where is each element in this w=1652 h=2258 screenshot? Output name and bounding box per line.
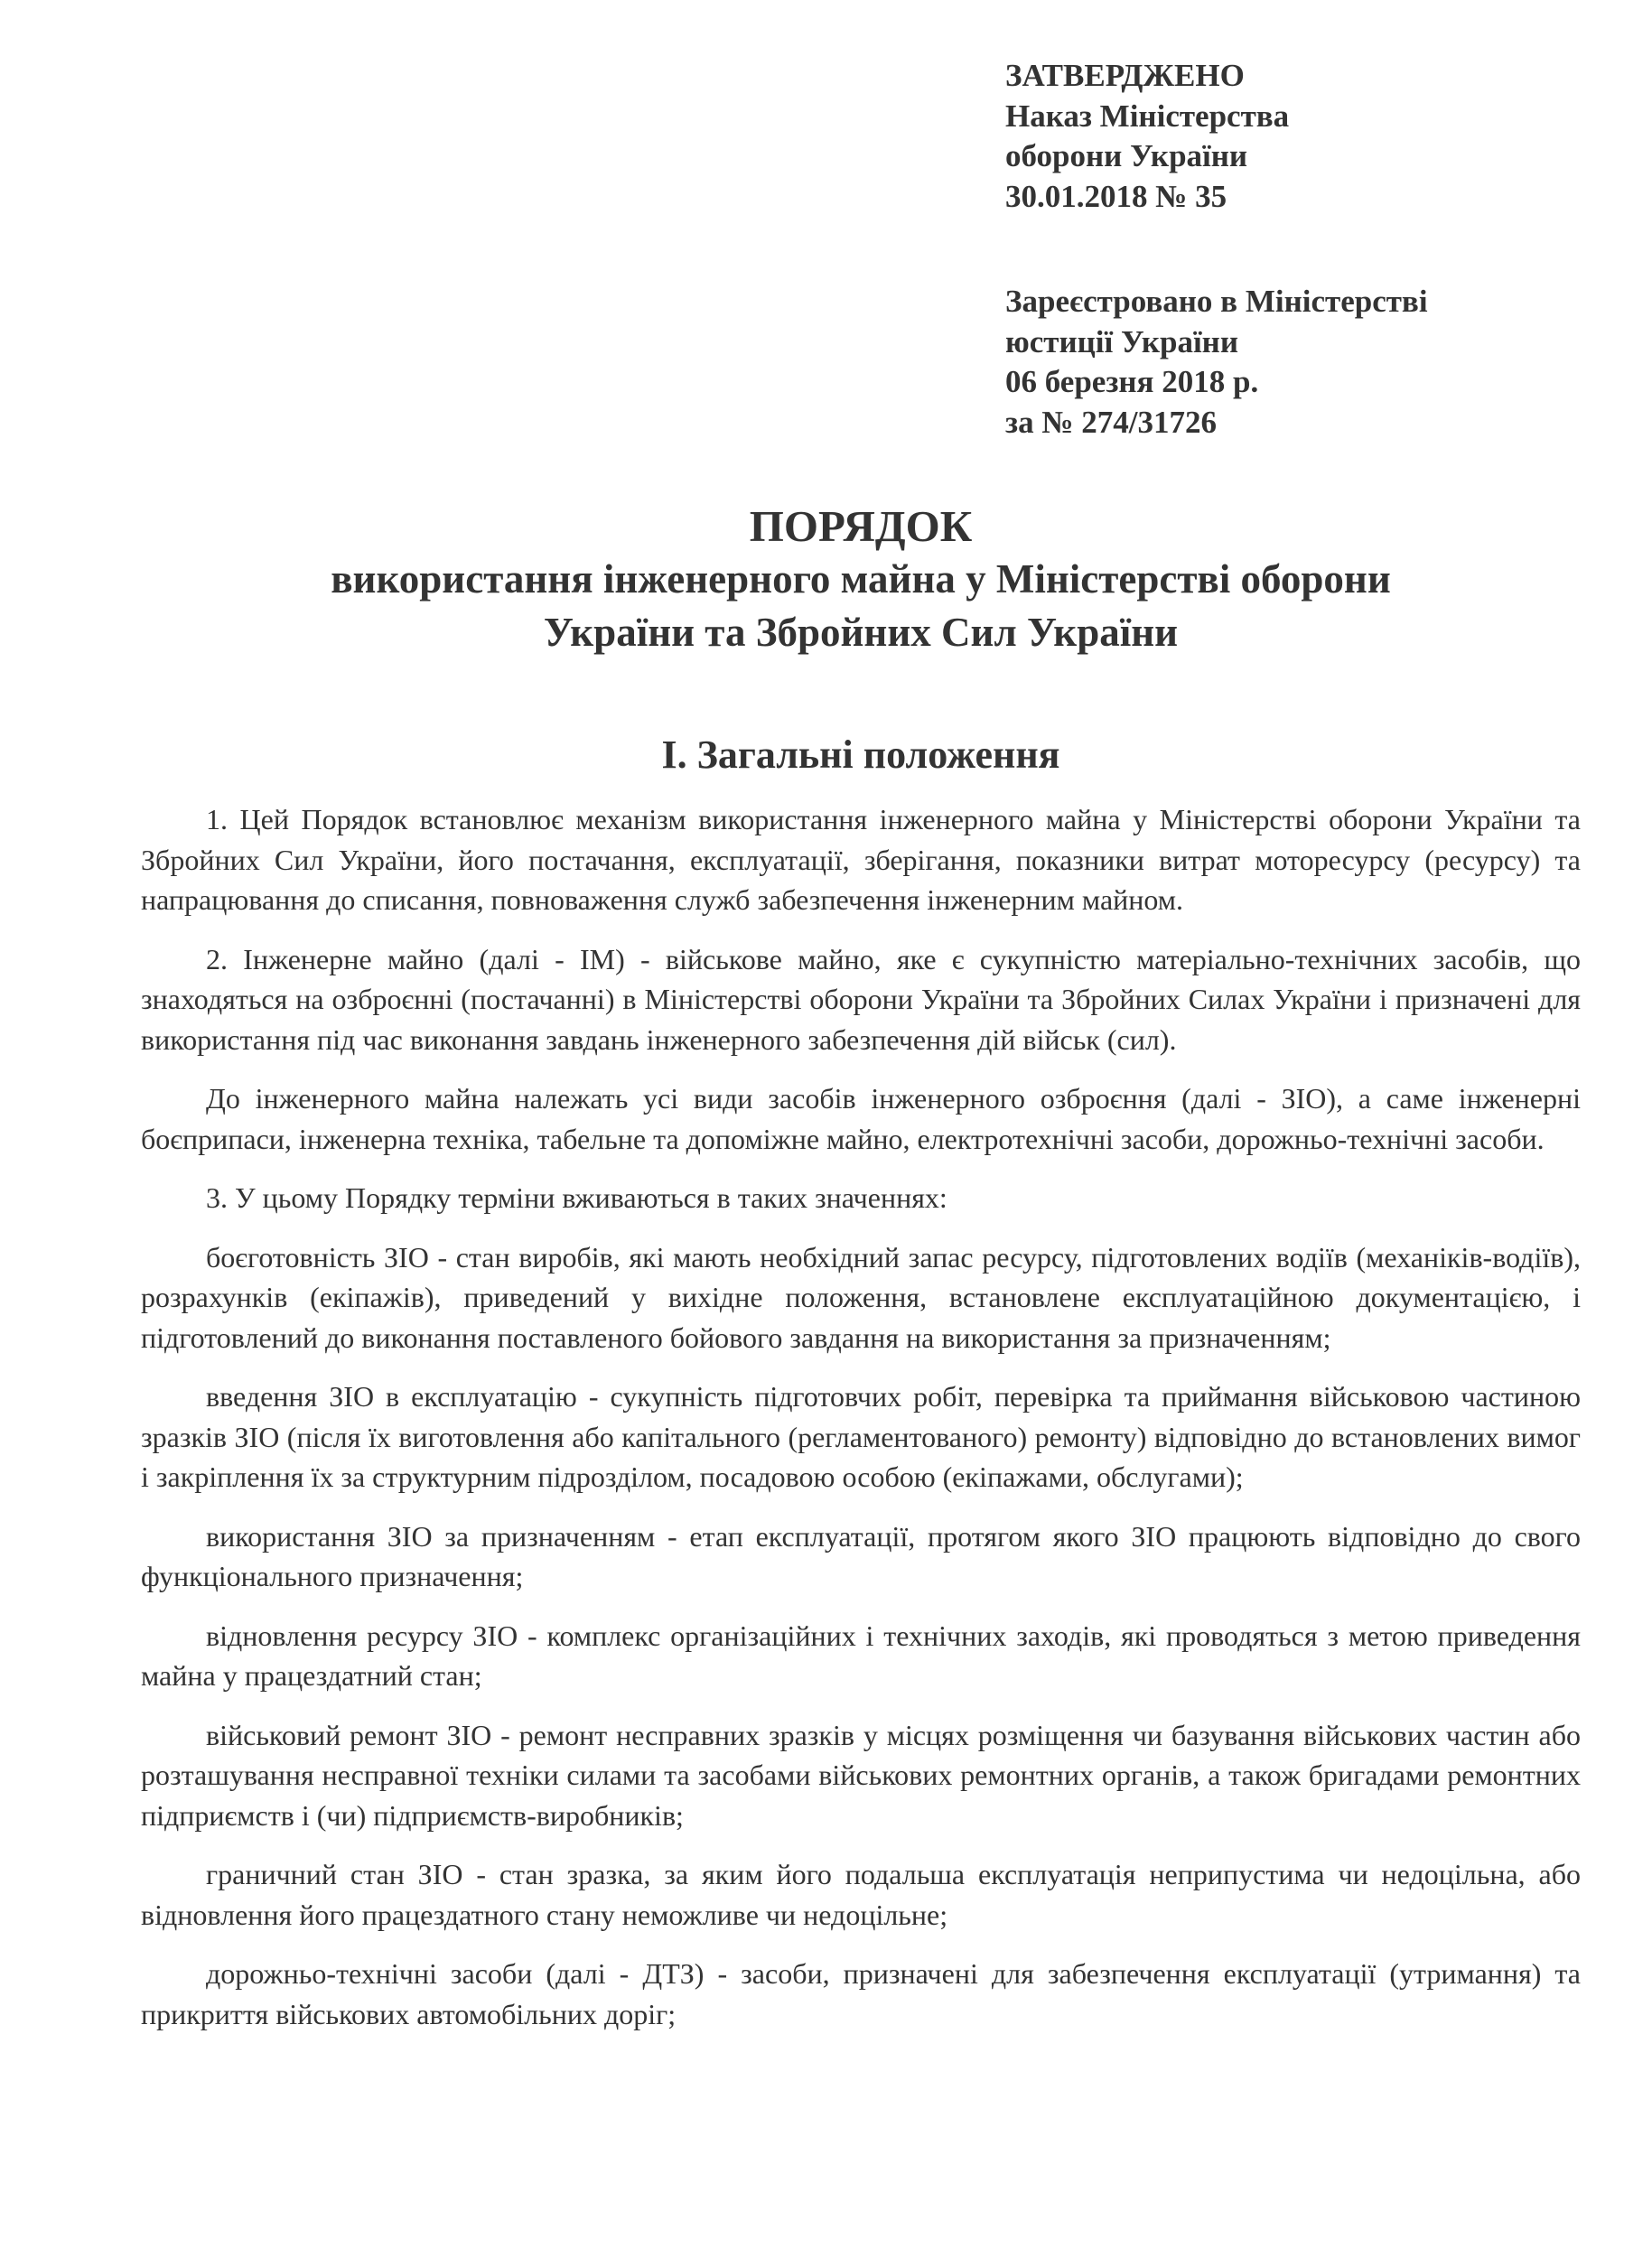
- definition-intended-use: використання ЗІО за призначенням - етап …: [141, 1516, 1581, 1597]
- definition-resource-restoration: відновлення ресурсу ЗІО - комплекс орган…: [141, 1616, 1581, 1696]
- approval-stamp: ЗАТВЕРДЖЕНО Наказ Міністерства оборони У…: [1005, 56, 1638, 217]
- definition-combat-readiness: боєготовність ЗІО - стан виробів, які ма…: [141, 1237, 1581, 1358]
- approval-line-date-number: 30.01.2018 № 35: [1005, 177, 1638, 218]
- definition-road-technical-means: дорожньо-технічні засоби (далі - ДТЗ) - …: [141, 1954, 1581, 2034]
- approval-line-ministry: оборони України: [1005, 136, 1638, 177]
- registration-line-registered: Зареєстровано в Міністерстві: [1005, 282, 1638, 322]
- document-title: ПОРЯДОК використання інженерного майна у…: [141, 499, 1581, 659]
- definition-commissioning: введення ЗІО в експлуатацію - сукупність…: [141, 1376, 1581, 1498]
- approval-line-order: Наказ Міністерства: [1005, 97, 1638, 137]
- registration-line-number: за № 274/31726: [1005, 403, 1638, 443]
- document-body: 1. Цей Порядок встановлює механізм викор…: [141, 799, 1581, 2053]
- title-main: ПОРЯДОК: [141, 499, 1581, 553]
- registration-line-date: 06 березня 2018 р.: [1005, 362, 1638, 403]
- section-heading: I. Загальні положення: [141, 732, 1581, 778]
- paragraph-3: 3. У цьому Порядку терміни вживаються в …: [141, 1178, 1581, 1218]
- definition-limit-state: граничний стан ЗІО - стан зразка, за яки…: [141, 1854, 1581, 1935]
- registration-stamp: Зареєстровано в Міністерстві юстиції Укр…: [1005, 282, 1638, 443]
- title-subtitle-line-1: використання інженерного майна у Міністе…: [141, 553, 1581, 606]
- definition-military-repair: військовий ремонт ЗІО - ремонт несправни…: [141, 1715, 1581, 1836]
- paragraph-2-continuation: До інженерного майна належать усі види з…: [141, 1078, 1581, 1159]
- paragraph-2: 2. Інженерне майно (далі - ІМ) - військо…: [141, 939, 1581, 1060]
- title-subtitle-line-2: України та Збройних Сил України: [141, 606, 1581, 659]
- paragraph-1: 1. Цей Порядок встановлює механізм викор…: [141, 799, 1581, 920]
- approval-line-approved: ЗАТВЕРДЖЕНО: [1005, 56, 1638, 97]
- registration-line-ministry: юстиції України: [1005, 322, 1638, 363]
